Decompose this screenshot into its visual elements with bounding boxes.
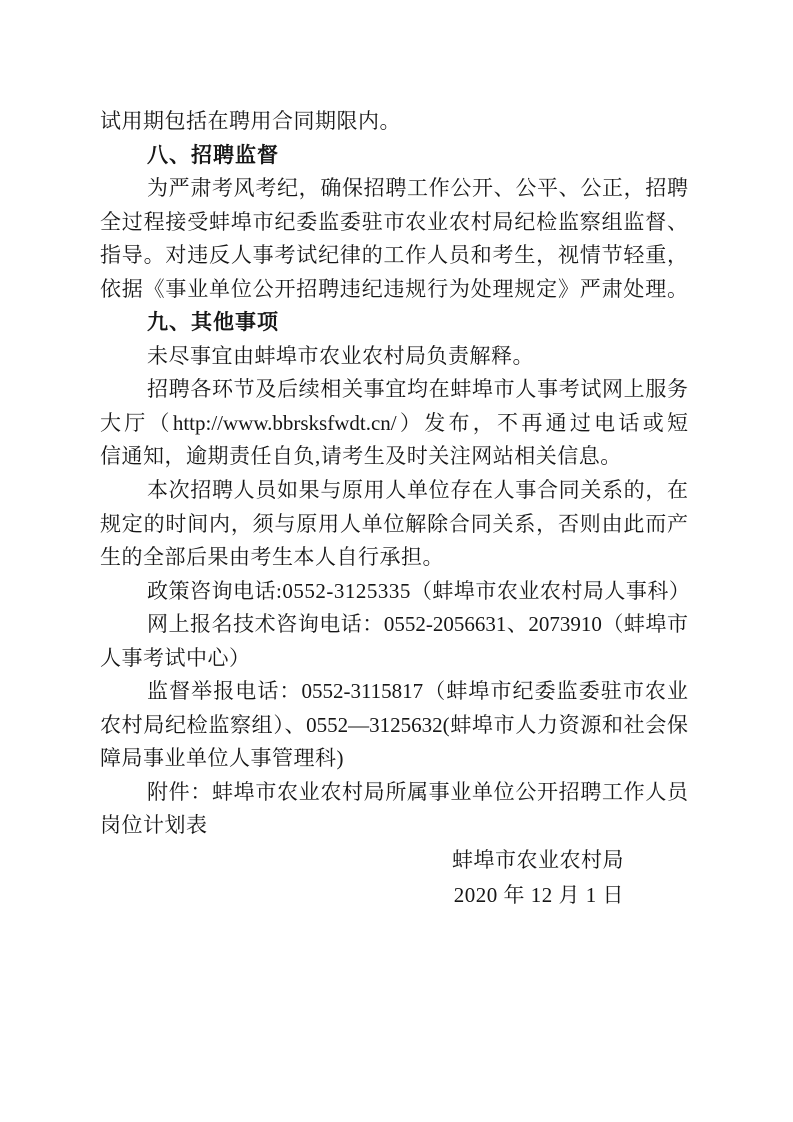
document-line: 全过程接受蚌埠市纪委监委驻市农业农村局纪检监察组监督、	[100, 206, 688, 240]
document-line: 生的全部后果由考生本人自行承担。	[100, 541, 688, 575]
signature-line: 2020 年 12 月 1 日	[100, 878, 688, 913]
document-line: 岗位计划表	[100, 809, 688, 843]
document-line: 农村局纪检监察组）、0552—3125632(蚌埠市人力资源和社会保	[100, 709, 688, 743]
document-line: 网上报名技术咨询电话：0552-2056631、2073910（蚌埠市	[100, 608, 688, 642]
document-line: 人事考试中心）	[100, 642, 688, 676]
document-line: 政策咨询电话:0552-3125335（蚌埠市农业农村局人事科）	[100, 575, 688, 609]
document-line: 为严肃考风考纪，确保招聘工作公开、公平、公正，招聘	[100, 172, 688, 206]
document-page: 试用期包括在聘用合同期限内。八、招聘监督为严肃考风考纪，确保招聘工作公开、公平、…	[0, 0, 793, 1122]
signature-line: 蚌埠市农业农村局	[100, 843, 688, 878]
document-line: 依据《事业单位公开招聘违纪违规行为处理规定》严肃处理。	[100, 273, 688, 307]
document-line: 本次招聘人员如果与原用人单位存在人事合同关系的，在	[100, 474, 688, 508]
document-line: 障局事业单位人事管理科)	[100, 742, 688, 776]
document-line: 规定的时间内，须与原用人单位解除合同关系，否则由此而产	[100, 508, 688, 542]
document-line: 监督举报电话：0552-3115817（蚌埠市纪委监委驻市农业	[100, 675, 688, 709]
document-line: 信通知，逾期责任自负,请考生及时关注网站相关信息。	[100, 440, 688, 474]
document-line: 招聘各环节及后续相关事宜均在蚌埠市人事考试网上服务	[100, 373, 688, 407]
document-body: 试用期包括在聘用合同期限内。八、招聘监督为严肃考风考纪，确保招聘工作公开、公平、…	[100, 105, 688, 913]
document-line: 指导。对违反人事考试纪律的工作人员和考生，视情节轻重，	[100, 239, 688, 273]
section-heading: 八、招聘监督	[100, 139, 688, 173]
section-heading: 九、其他事项	[100, 306, 688, 340]
document-line: 试用期包括在聘用合同期限内。	[100, 105, 688, 139]
document-line: 附件：蚌埠市农业农村局所属事业单位公开招聘工作人员	[100, 776, 688, 810]
document-line: 未尽事宜由蚌埠市农业农村局负责解释。	[100, 340, 688, 374]
document-line: 大厅（http://www.bbrsksfwdt.cn/）发布，不再通过电话或短	[100, 407, 688, 441]
